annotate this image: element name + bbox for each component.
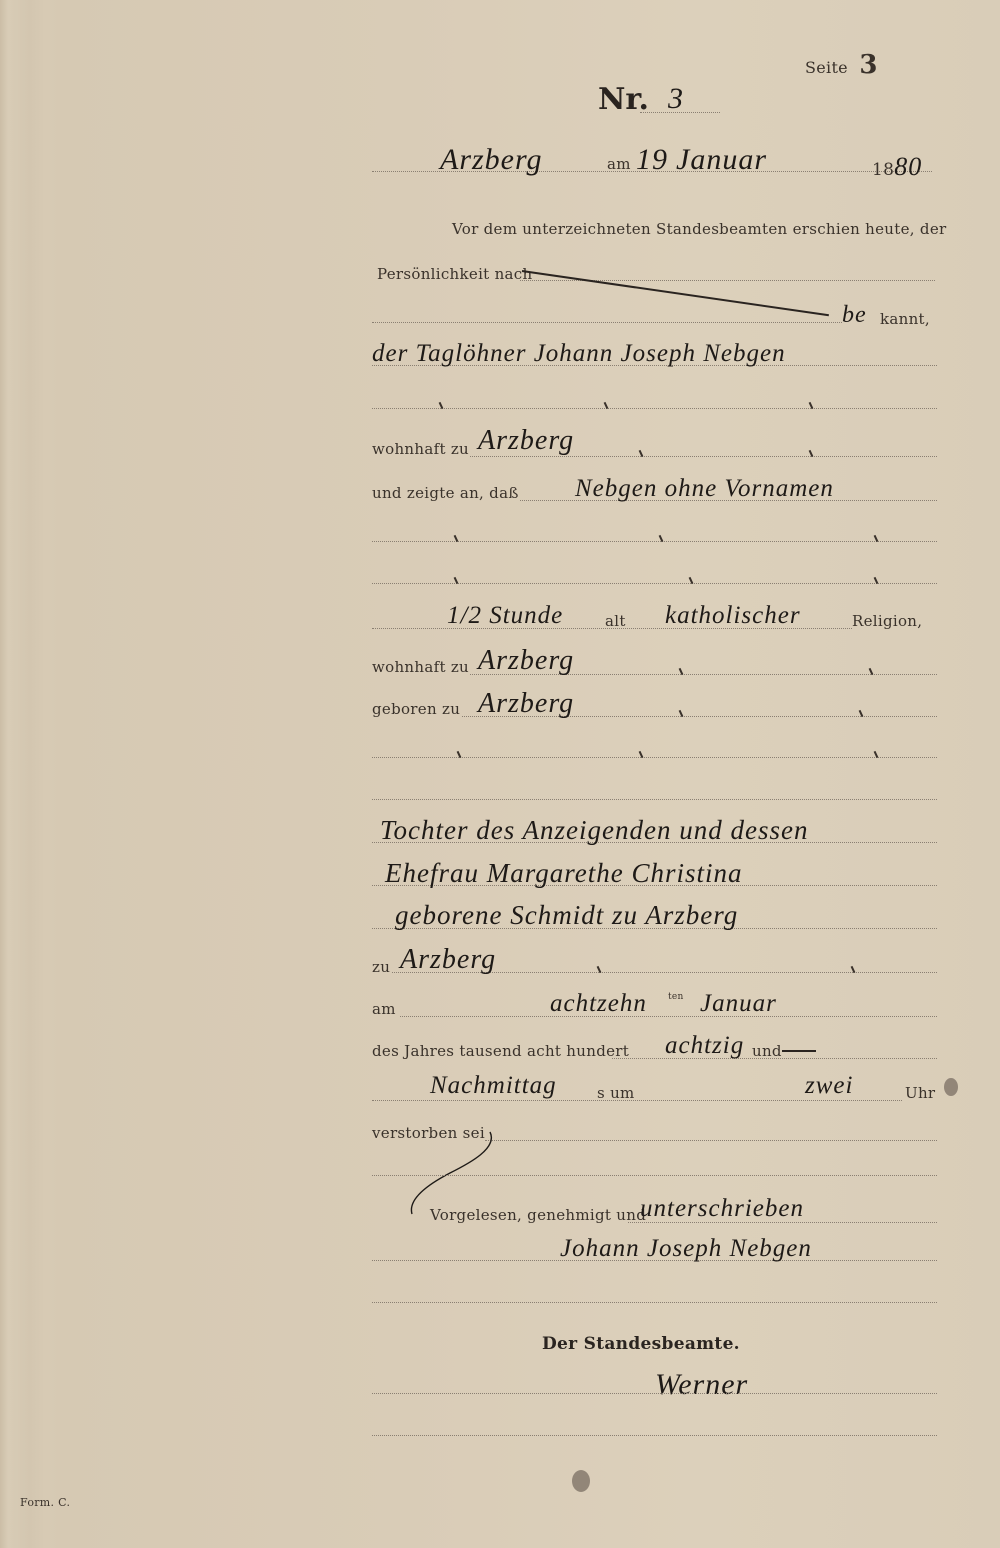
death-year: achtzig bbox=[665, 1032, 744, 1060]
parents-line-1: Tochter des Anzeigenden und dessen bbox=[380, 815, 808, 846]
deceased-wohnhaft-label: wohnhaft zu bbox=[372, 658, 469, 676]
death-am-label: am bbox=[372, 1000, 396, 1018]
zeigte-an-label: und zeigte an, daß bbox=[372, 484, 519, 502]
und-label: und bbox=[752, 1042, 782, 1060]
wohnhaft-label: wohnhaft zu bbox=[372, 440, 469, 458]
persoenlichkeit-label: Persönlichkeit nach bbox=[377, 265, 532, 283]
religion-label: Religion, bbox=[852, 612, 922, 630]
alt-label: alt bbox=[605, 612, 626, 630]
um-label: s um bbox=[597, 1084, 635, 1102]
record-place: Arzberg bbox=[440, 143, 543, 177]
jahres-label: des Jahres tausend acht hundert bbox=[372, 1042, 629, 1060]
nr-value: 3 bbox=[668, 82, 684, 116]
form-mark: Form. C. bbox=[20, 1496, 70, 1509]
uhr-label: Uhr bbox=[905, 1084, 935, 1102]
strike-line bbox=[522, 270, 829, 316]
year-prefix: 18 bbox=[872, 160, 894, 180]
record-month: Januar bbox=[676, 143, 767, 177]
record-day: 19 bbox=[636, 143, 668, 177]
ink-stain bbox=[944, 1078, 958, 1096]
page-number: 3 bbox=[859, 50, 877, 80]
deceased-birthplace: Arzberg bbox=[478, 688, 574, 720]
deceased-name: Nebgen ohne Vornamen bbox=[575, 475, 834, 503]
death-month: Januar bbox=[700, 990, 777, 1018]
informant-name: der Taglöhner Johann Joseph Nebgen bbox=[372, 340, 786, 368]
death-place: Arzberg bbox=[400, 944, 496, 976]
death-hour: zwei bbox=[805, 1072, 853, 1100]
deceased-age: 1/2 Stunde bbox=[447, 602, 563, 630]
dash-line bbox=[782, 1050, 816, 1052]
zu-label: zu bbox=[372, 958, 390, 976]
day-suffix: ten bbox=[668, 992, 684, 1002]
flourish-stroke bbox=[400, 1128, 500, 1218]
seite-label: Seite bbox=[805, 58, 848, 77]
document-page: Seite 3 Nr. 3 Arzberg am 19 Januar 1880 … bbox=[0, 0, 1000, 1548]
unterschrieben-hand: unterschrieben bbox=[640, 1195, 804, 1223]
official-title: Der Standesbeamte. bbox=[542, 1334, 740, 1354]
deceased-residence: Arzberg bbox=[478, 645, 574, 677]
intro-text: Vor dem unterzeichneten Standesbeamten e… bbox=[452, 220, 946, 238]
geboren-label: geboren zu bbox=[372, 700, 460, 718]
kannt-label: kannt, bbox=[880, 310, 930, 328]
ink-stain-bottom bbox=[572, 1470, 590, 1492]
informant-residence: Arzberg bbox=[478, 425, 574, 457]
official-signature: Werner bbox=[655, 1368, 748, 1402]
vorgelesen-label: Vorgelesen, genehmigt und bbox=[430, 1206, 646, 1224]
bekannt-hand: be bbox=[842, 302, 867, 329]
parents-line-2: Ehefrau Margarethe Christina bbox=[385, 858, 742, 889]
am-label: am bbox=[607, 155, 631, 173]
record-year: 1880 bbox=[872, 152, 922, 182]
page-label: Seite 3 bbox=[805, 50, 878, 80]
death-day: achtzehn bbox=[550, 990, 647, 1018]
parents-line-3: geborene Schmidt zu Arzberg bbox=[395, 900, 738, 931]
deceased-religion: katholischer bbox=[665, 602, 801, 630]
year-suffix: 80 bbox=[894, 152, 922, 181]
death-time-of-day: Nachmittag bbox=[430, 1072, 557, 1100]
informant-signature: Johann Joseph Nebgen bbox=[560, 1235, 812, 1263]
